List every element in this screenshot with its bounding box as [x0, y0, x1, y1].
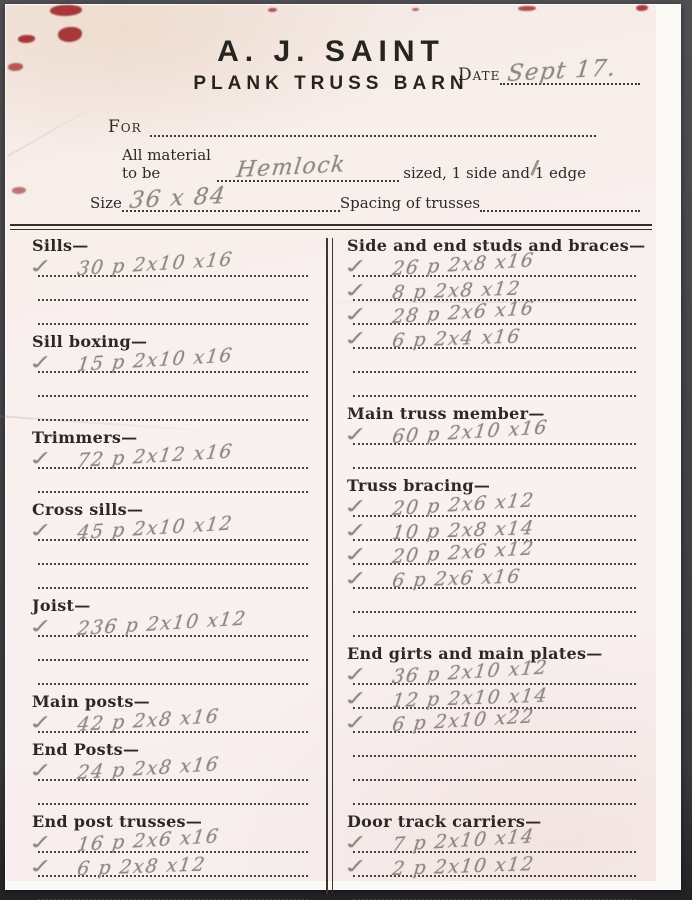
- dotted-rule: [38, 563, 308, 565]
- blank-line: [345, 448, 646, 472]
- blank-line: [30, 664, 318, 688]
- entry-line: ✓36 p 2x10 x12: [345, 664, 646, 688]
- dotted-rule: [38, 491, 308, 493]
- section-door-track-carriers: Door track carriers—✓7 p 2x10 x14✓2 p 2x…: [345, 812, 646, 900]
- blank-line: [30, 544, 318, 568]
- section-end-post-trusses: End post trusses—✓16 p 2x6 x16✓6 p 2x8 x…: [30, 812, 318, 900]
- blank-line: [345, 376, 646, 400]
- blank-line: [30, 280, 318, 304]
- handwritten-entry: 6 p 2x4 x16: [391, 325, 522, 352]
- blank-line: [30, 640, 318, 664]
- dotted-rule: [353, 611, 636, 613]
- handwritten-date: Sept 17.: [506, 55, 618, 87]
- for-label: For: [108, 117, 142, 137]
- section-end-girts-and-main-plates: End girts and main plates—✓36 p 2x10 x12…: [345, 644, 646, 808]
- dotted-rule: [38, 683, 308, 685]
- dotted-rule: [353, 635, 636, 637]
- entry-line: ✓7 p 2x10 x14: [345, 832, 646, 856]
- entry-line: ✓30 p 2x10 x16: [30, 256, 318, 280]
- dotted-rule: [353, 755, 636, 757]
- date-blank-line: Sept 17.: [500, 65, 640, 85]
- entry-line: ✓28 p 2x6 x16: [345, 304, 646, 328]
- blank-line: [345, 880, 646, 900]
- dotted-rule: [38, 803, 308, 805]
- edge-digit: 1: [535, 164, 545, 182]
- entry-line: ✓45 p 2x10 x12: [30, 520, 318, 544]
- dotted-rule: [38, 659, 308, 661]
- section-cross-sills: Cross sills—✓45 p 2x10 x12: [30, 500, 318, 592]
- dotted-rule: [353, 467, 636, 469]
- material-field: All material to be Hemlock sized, 1 side…: [122, 146, 586, 182]
- dotted-rule: [353, 395, 636, 397]
- entry-line: ✓6 p 2x4 x16: [345, 328, 646, 352]
- entry-line: ✓236 p 2x10 x12: [30, 616, 318, 640]
- material-suffix-post: edge: [544, 164, 586, 182]
- entry-line: ✓6 p 2x6 x16: [345, 568, 646, 592]
- dotted-rule: [38, 395, 308, 397]
- entry-line: ✓16 p 2x6 x16: [30, 832, 318, 856]
- paper-crease: [8, 95, 113, 157]
- section-trimmers: Trimmers—✓72 p 2x12 x16: [30, 428, 318, 496]
- blank-line: [345, 760, 646, 784]
- spacing-label: Spacing of trusses: [340, 194, 480, 212]
- entry-line: ✓6 p 2x10 x22: [345, 712, 646, 736]
- entry-line: ✓6 p 2x8 x12: [30, 856, 318, 880]
- blank-line: [345, 784, 646, 808]
- material-suffix-pre: sized, 1 side and: [403, 164, 534, 182]
- entry-line: ✓15 p 2x10 x16: [30, 352, 318, 376]
- blank-line: [30, 376, 318, 400]
- masthead: A. J. SAINT PLANK TRUSS BARN Date Sept 1…: [6, 5, 656, 95]
- blank-line: [345, 736, 646, 760]
- tally-columns: Sills—✓30 p 2x10 x16Sill boxing—✓15 p 2x…: [6, 230, 656, 900]
- section-truss-bracing: Truss bracing—✓20 p 2x6 x12✓10 p 2x8 x14…: [345, 476, 646, 640]
- entry-line: ✓26 p 2x8 x16: [345, 256, 646, 280]
- entry-line: ✓72 p 2x12 x16: [30, 448, 318, 472]
- entry-line: ✓20 p 2x6 x12: [345, 496, 646, 520]
- section-main-posts: Main posts—✓42 p 2x8 x16: [30, 692, 318, 736]
- size-field: Size 36 x 84 Spacing of trusses: [90, 192, 640, 212]
- size-blank-line: 36 x 84: [122, 192, 340, 212]
- section-end-posts: End Posts—✓24 p 2x8 x16: [30, 740, 318, 808]
- size-label: Size: [90, 194, 122, 212]
- blank-line: [30, 784, 318, 808]
- spacing-blank-line: [480, 192, 640, 212]
- for-blank-line: [150, 117, 596, 137]
- handwritten-material: Hemlock: [235, 152, 347, 183]
- column-left: Sills—✓30 p 2x10 x16Sill boxing—✓15 p 2x…: [30, 236, 318, 900]
- blank-line: [345, 352, 646, 376]
- blank-line: [30, 304, 318, 328]
- handwritten-entry: 6 p 2x8 x12: [76, 853, 207, 880]
- dotted-rule: [38, 419, 308, 421]
- section-side-and-end-studs-and-braces: Side and end studs and braces—✓26 p 2x8 …: [345, 236, 646, 400]
- blank-line: [30, 880, 318, 900]
- material-label: All material to be: [122, 146, 217, 182]
- section-sills: Sills—✓30 p 2x10 x16: [30, 236, 318, 328]
- material-suffix: sized, 1 side and 1 edge: [403, 164, 586, 182]
- entry-line: ✓20 p 2x6 x12: [345, 544, 646, 568]
- section-joist: Joist—✓236 p 2x10 x12: [30, 596, 318, 688]
- dotted-rule: [353, 803, 636, 805]
- blank-line: [30, 568, 318, 592]
- section-sill-boxing: Sill boxing—✓15 p 2x10 x16: [30, 332, 318, 424]
- entry-line: ✓60 p 2x10 x16: [345, 424, 646, 448]
- form-page: A. J. SAINT PLANK TRUSS BARN Date Sept 1…: [6, 5, 656, 881]
- blank-line: [30, 400, 318, 424]
- dotted-rule: [353, 371, 636, 373]
- column-right: Side and end studs and braces—✓26 p 2x8 …: [345, 236, 646, 900]
- section-main-truss-member: Main truss member—✓60 p 2x10 x16: [345, 404, 646, 472]
- vertical-double-rule: [326, 238, 333, 894]
- blank-line: [345, 592, 646, 616]
- blank-line: [345, 616, 646, 640]
- blank-line: [30, 472, 318, 496]
- dotted-rule: [38, 323, 308, 325]
- handwritten-size: 36 x 84: [128, 183, 228, 214]
- entry-line: ✓24 p 2x8 x16: [30, 760, 318, 784]
- for-field: For: [108, 117, 596, 137]
- dotted-rule: [38, 299, 308, 301]
- red-ink-stain: [12, 187, 26, 194]
- entry-line: ✓42 p 2x8 x16: [30, 712, 318, 736]
- handwritten-entry: 6 p 2x6 x16: [391, 565, 522, 592]
- dotted-rule: [38, 587, 308, 589]
- entry-line: ✓2 p 2x10 x12: [345, 856, 646, 880]
- date-label: Date: [458, 65, 500, 85]
- dotted-rule: [353, 779, 636, 781]
- date-field: Date Sept 17.: [458, 65, 640, 85]
- material-blank-line: Hemlock: [217, 162, 399, 182]
